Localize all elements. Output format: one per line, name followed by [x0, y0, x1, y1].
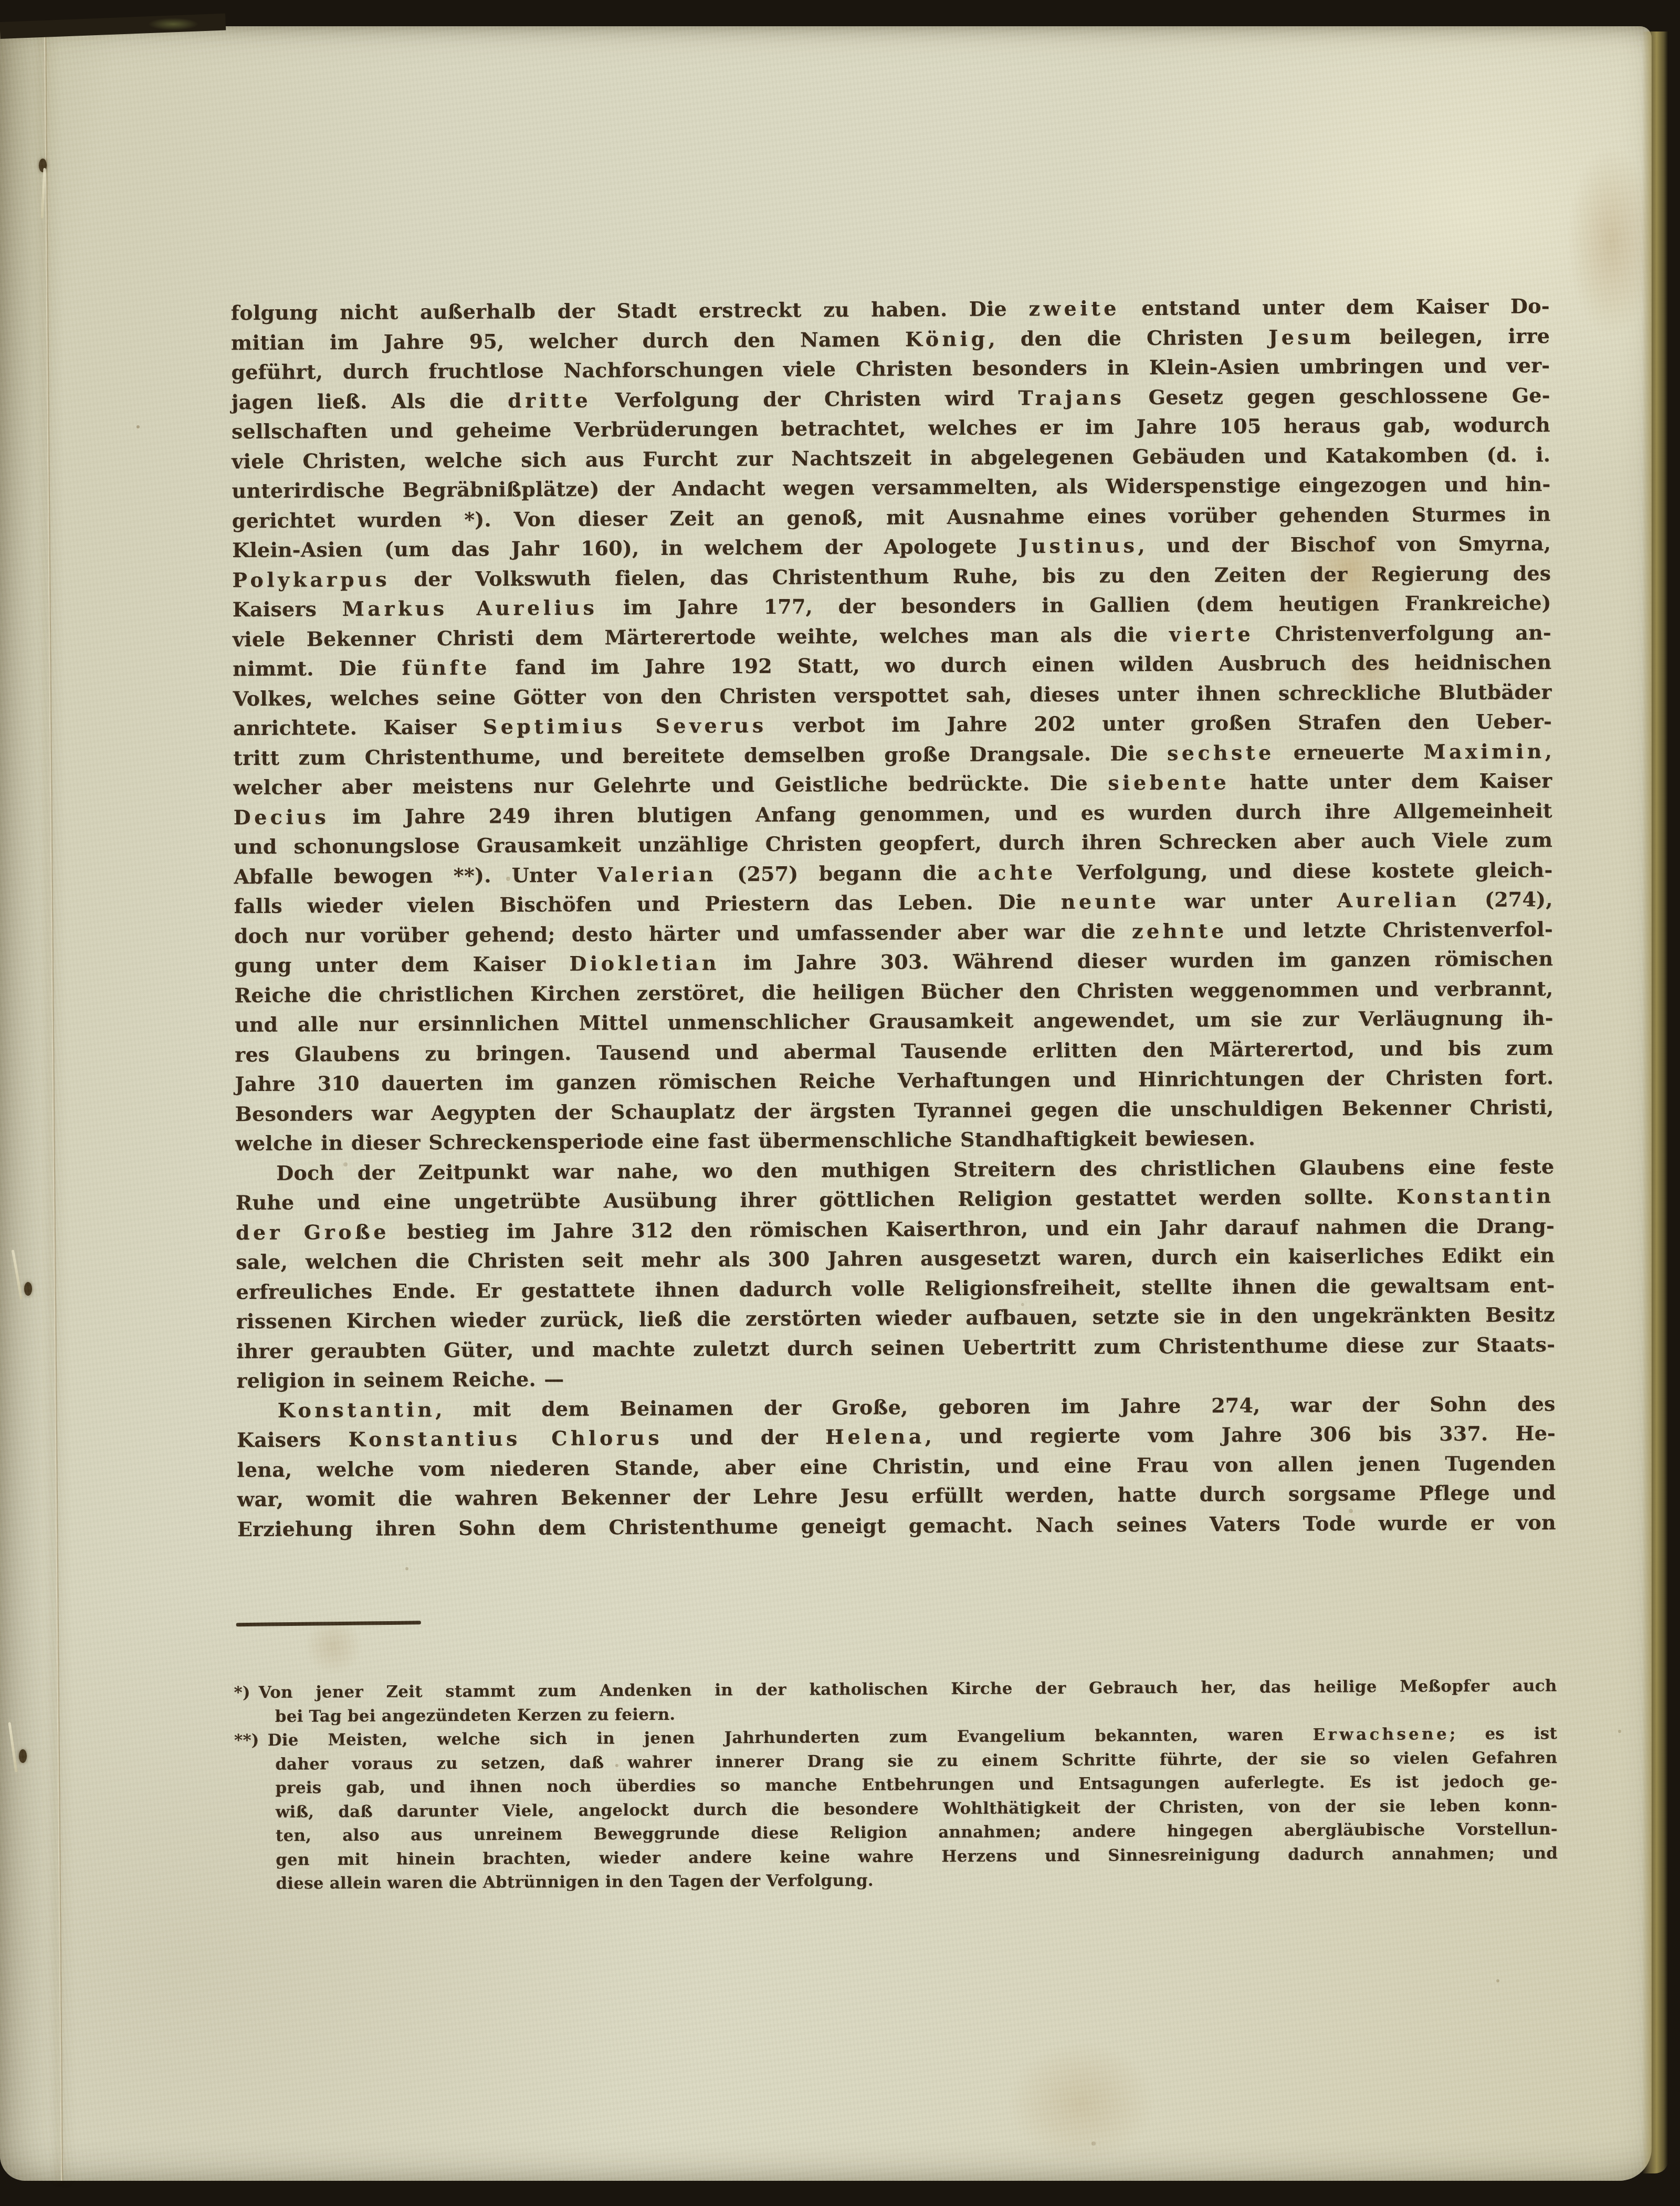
text-run: ten, also aus unreinem Beweggrunde diese…	[276, 1820, 1558, 1845]
text-run: sellschaften und geheime Verbrüderungen …	[232, 413, 1550, 443]
text-run: erneuerte	[1274, 740, 1423, 764]
text-run: (274),	[1459, 887, 1552, 911]
emphasized-text: Maximin	[1423, 739, 1545, 763]
emphasized-text: Markus Aurelius	[342, 596, 598, 621]
text-run: Jahre 310 dauerten im ganzen römischen R…	[235, 1065, 1553, 1096]
emphasized-text: sechste	[1167, 740, 1275, 764]
text-run: (257) begann die	[717, 860, 978, 886]
emphasized-text: zweite	[1028, 296, 1120, 320]
text-run: erfreuliches Ende. Er gestattete ihnen d…	[236, 1273, 1555, 1304]
text-run: entstand unter dem Kaiser Do-	[1120, 294, 1550, 320]
text-run: Klein-Asien (um das Jahr 160), in welche…	[232, 534, 1018, 562]
footnote-marker: *)	[234, 1683, 250, 1702]
emphasized-text: König	[905, 327, 989, 351]
text-run: lena, welche vom niederen Stande, aber e…	[237, 1451, 1556, 1482]
text-run: anrichtete. Kaiser	[233, 715, 483, 740]
text-run: doch nur vorüber gehend; desto härter un…	[234, 919, 1132, 948]
text-run: ,	[1545, 739, 1552, 763]
emphasized-text: neunte	[1061, 889, 1160, 913]
footnote-separator-rule	[236, 1621, 421, 1626]
text-run: ihrer geraubten Güter, und machte zuletz…	[236, 1332, 1555, 1363]
text-run: viele Bekenner Christi dem Märterertode …	[233, 622, 1169, 650]
text-run: , den die Christen	[988, 325, 1268, 350]
text-run: Verfolgung, und diese kostete gleich-	[1056, 858, 1552, 884]
emphasized-text: Konstantin	[1396, 1184, 1555, 1209]
emphasized-text: Decius	[234, 805, 330, 829]
text-run: gerichtet wurden *). Von dieser Zeit an …	[232, 502, 1551, 532]
text-run: , mit dem Beinamen der Große, geboren im…	[435, 1392, 1556, 1421]
text-run: jagen ließ. Als die	[231, 388, 508, 414]
text-run: verbot im Jahre 202 unter großen Strafen…	[766, 709, 1552, 737]
text-run: im Jahre 249 ihren blutigen Anfang genom…	[329, 799, 1552, 828]
text-run: wiß, daß darunter Viele, angelockt durch…	[276, 1796, 1558, 1822]
cover-wear-fleck	[148, 18, 198, 30]
text-run: bestieg im Jahre 312 den römischen Kaise…	[390, 1214, 1555, 1244]
scanned-book-photo: { "document": { "language": "de", "scrip…	[0, 0, 1680, 2206]
text-run: welche in dieser Schreckensperiode eine …	[235, 1126, 1255, 1155]
text-run: tritt zum Christenthume, und bereitete d…	[233, 741, 1167, 769]
text-run: sale, welchen die Christen seit mehr als…	[236, 1243, 1555, 1274]
footnote-marker: **)	[234, 1731, 259, 1750]
text-run: religion in seinem Reiche. —	[236, 1367, 564, 1392]
emphasized-text: achte	[978, 860, 1056, 884]
text-run: falls wieder vielen Bischöfen und Priest…	[234, 890, 1061, 918]
main-text-block: folgung nicht außerhalb der Stadt erstre…	[231, 291, 1556, 1544]
text-run: Erziehung ihren Sohn dem Christenthume g…	[237, 1510, 1556, 1541]
text-run: hatte unter dem Kaiser	[1230, 769, 1552, 794]
text-run: und schonungslose Grausamkeit unzählige …	[234, 828, 1552, 858]
text-run: beilegen, irre	[1354, 324, 1550, 349]
emphasized-text: der Große	[236, 1220, 390, 1244]
text-run: nimmt. Die	[233, 656, 402, 681]
text-run: Verfolgung der Christen wird	[591, 386, 1018, 412]
emphasized-text: dritte	[508, 388, 591, 412]
text-run: unterirdische Begräbnißplätze) der Andac…	[232, 472, 1550, 502]
text-run: im Jahre 177, der besonders in Gallien (…	[597, 591, 1551, 619]
text-run: , und regierte vom Jahre 306 bis 337. He…	[925, 1421, 1556, 1448]
text-run: mitian im Jahre 95, welcher durch den Na…	[231, 327, 905, 354]
emphasized-text: Diokletian	[569, 951, 720, 975]
text-run: Kaisers	[233, 597, 342, 621]
footnotes-block: *)Von jener Zeit stammt zum Andenken in …	[234, 1674, 1558, 1896]
emphasized-text: fünfte	[402, 656, 490, 680]
text-run: Doch der Zeitpunkt war nahe, wo den muth…	[276, 1154, 1554, 1185]
emphasized-text: Trajans	[1018, 385, 1125, 409]
emphasized-text: Erwachsene	[1312, 1725, 1449, 1744]
text-run: und alle nur ersinnlichen Mittel unmensc…	[235, 1006, 1553, 1036]
text-run: Volkes, welches seine Götter von den Chr…	[233, 680, 1551, 710]
text-run: viele Christen, welche sich aus Furcht z…	[232, 443, 1550, 473]
text-run: geführt, durch fruchtlose Nachforschunge…	[231, 353, 1550, 384]
page-fore-edge	[1642, 31, 1668, 2173]
emphasized-text: Konstantius Chlorus	[348, 1426, 663, 1451]
text-run: bei Tag bei angezündeten Kerzen zu feier…	[275, 1705, 676, 1726]
text-run: welcher aber meistens nur Gelehrte und G…	[233, 771, 1108, 799]
emphasized-text: Valerian	[597, 862, 717, 886]
text-run: diese allein waren die Abtrünnigen in de…	[276, 1871, 874, 1893]
text-run: Von jener Zeit stammt zum Andenken in de…	[259, 1676, 1557, 1702]
emphasized-text: zehnte	[1132, 919, 1227, 943]
text-run: , und der Bischof von Smyrna,	[1138, 531, 1551, 557]
emphasized-text: vierte	[1169, 622, 1254, 646]
text-run: Kaisers	[237, 1427, 349, 1452]
text-run: Reiche die christlichen Kirchen zerstöre…	[234, 976, 1553, 1007]
book-page: folgung nicht außerhalb der Stadt erstre…	[0, 26, 1652, 2181]
emphasized-text: Helena	[825, 1424, 925, 1448]
text-run: fand im Jahre 192 Statt, wo durch einen …	[490, 650, 1552, 679]
text-run: war unter	[1159, 888, 1337, 913]
text-run: Besonders war Aegypten der Schauplatz de…	[235, 1095, 1554, 1126]
text-run: Abfalle bewogen **). Unter	[234, 863, 597, 888]
emphasized-text: Polykarpus	[232, 567, 390, 592]
emphasized-text: Jesum	[1268, 325, 1354, 349]
text-run: res Glaubens zu bringen. Tausend und abe…	[235, 1036, 1553, 1066]
text-run: ; es ist	[1450, 1724, 1557, 1743]
text-run: folgung nicht außerhalb der Stadt erstre…	[231, 297, 1029, 324]
text-run: Christenverfolgung an-	[1254, 621, 1551, 646]
text-run: preis gab, und ihnen noch überdies so ma…	[275, 1772, 1557, 1798]
text-run: Gesetz gegen geschlossene Ge-	[1125, 383, 1550, 409]
text-run: und der	[663, 1425, 825, 1449]
emphasized-text: Konstantin	[278, 1398, 436, 1422]
text-run: Ruhe und eine ungetrübte Ausübung ihrer …	[235, 1185, 1396, 1215]
text-run: der Volkswuth fielen, das Christenthum R…	[390, 561, 1551, 591]
text-run: Die Meisten, welche sich in jenen Jahrhu…	[268, 1725, 1313, 1749]
text-run: im Jahre 303. Während dieser wurden im g…	[720, 947, 1553, 974]
text-run: war, womit die wahren Bekenner der Lehre…	[237, 1480, 1556, 1511]
text-run: daher voraus zu setzen, daß wahrer inner…	[275, 1748, 1557, 1774]
text-run: gung unter dem Kaiser	[234, 952, 569, 977]
text-run: und letzte Christenverfol-	[1227, 917, 1553, 942]
text-run: rissenen Kirchen wieder zurück, ließ die…	[236, 1302, 1555, 1333]
emphasized-text: siebente	[1108, 770, 1230, 794]
emphasized-text: Justinus	[1018, 533, 1138, 558]
text-run: gen mit hinein brachten, wieder andere k…	[276, 1844, 1558, 1869]
emphasized-text: Septimius Severus	[483, 713, 767, 739]
emphasized-text: Aurelian	[1337, 888, 1459, 912]
printed-text-layer: folgung nicht außerhalb der Stadt erstre…	[0, 19, 1661, 2182]
